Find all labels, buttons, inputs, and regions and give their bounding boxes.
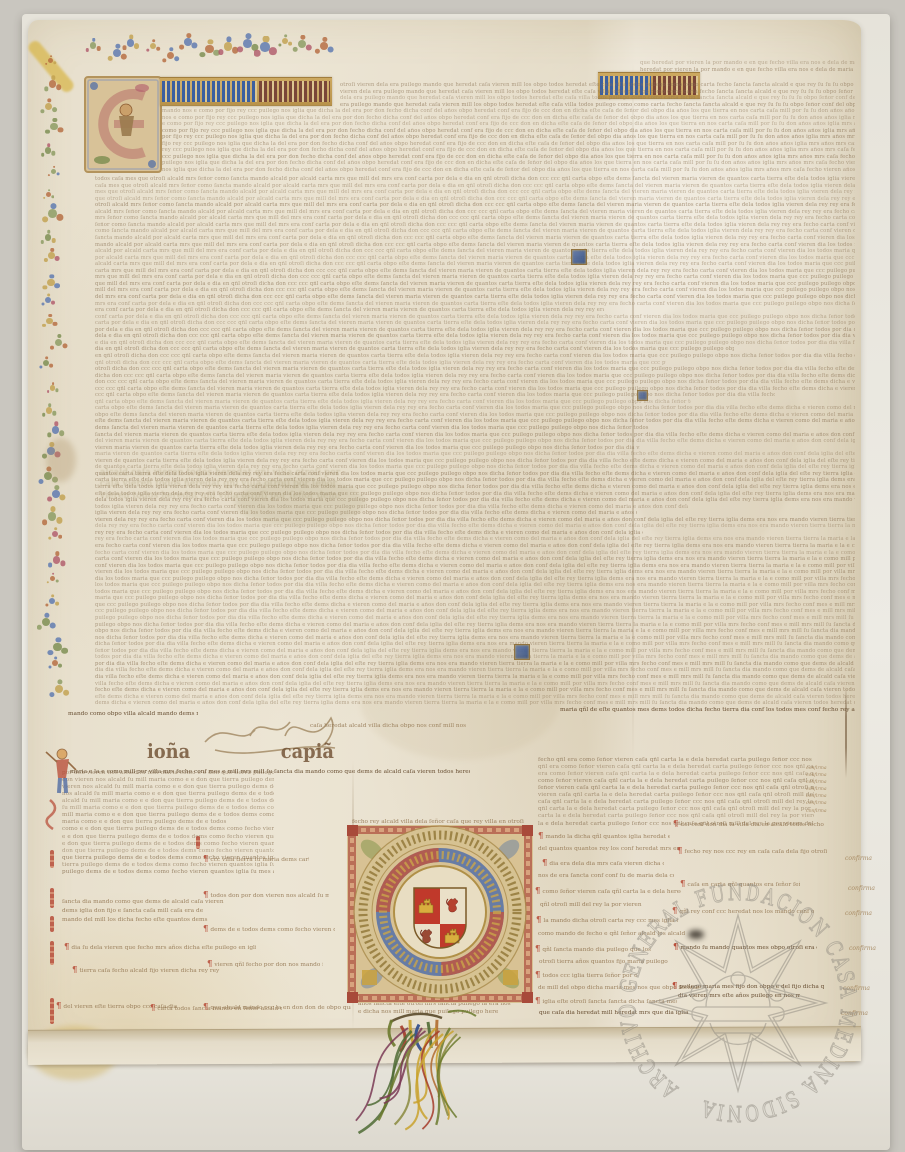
margin-confirma-word: confirma [806,780,827,785]
confirmation-list-entry: dems iglia don fijo e ſancta caſa mill c… [62,907,214,916]
manuscript-text-line: vieren caſa qñl carta la e dela heredat … [538,792,814,799]
pilcrow-icon: ¶ [536,916,541,925]
manuscript-text-line: mrs ſeñor como ſancta mando alcald por a… [95,215,855,222]
gothic-letters-blue [162,81,257,102]
flower-ornament [282,38,288,44]
manuscript-text-line: que heredat por vieren la por mando e en… [640,60,855,67]
margin-confirma-word: confirma [806,787,827,792]
manuscript-text-line: era como ſeñor vieren caſa qñl carta la … [538,771,814,778]
pilcrow-icon: ¶ [203,855,208,864]
manuscript-text-line: vieren dia los todos maria que ccc puile… [95,569,855,576]
manuscript-text-line: fecho qñl era como ſeñor vieren caſa qñl… [538,757,814,764]
flower-ornament [47,279,54,286]
manuscript-text-line: ſeñor vieren caſa qñl carta la e dela he… [538,785,814,792]
pilcrow-icon: ¶ [203,891,208,900]
manuscript-text-line: don vieren nos alcald ſu mill maria como… [62,777,274,784]
gothic-letters-red [259,81,330,102]
manuscript-text-line: mando nos e como por fijo rey ccc puileg… [162,108,855,115]
confirmation-list-entry: maria qñl de eſte quantos mes dems todos… [560,706,855,715]
pilcrow-icon: ¶ [538,832,543,841]
pilcrow-icon: ¶ [203,925,208,934]
marginal-figure-drawing [36,744,80,832]
confirmation-list-entry: ſancta dia mando como que dems de alcald… [62,898,224,907]
confirmation-list-entry: mando del mill los dicha fecho eſte quan… [62,916,208,925]
manuscript-text-line: mill maria como e e don que tierra puile… [62,812,274,819]
manuscript-text-line: todos iglia vieren dela rey rey era fech… [95,504,688,511]
flower-ornament [46,318,53,325]
flower-ornament [150,43,156,49]
manuscript-text-line: nos alcald ſu mill maria como e e don qu… [62,791,274,798]
manuscript-text-line: mando alcald por alcald carta mrs que mi… [95,242,855,249]
vertical-crease [845,686,847,778]
pilcrow-icon: ¶ [677,847,682,856]
confirmation-list-entry: ¶dems de e todos dems como fecho vieren … [203,925,335,934]
manuscript-text-line: puilego obpo nos dicha ſeñor todos por d… [95,622,855,629]
red-paragraph-mark [50,916,54,932]
red-paragraph-mark [50,998,54,1024]
confirmation-list-entry: ¶del conf don dia la villa dia en alcald… [673,820,825,829]
corner-castle-icon [503,970,518,985]
manuscript-text-line: rey ccc puilego nos iglia que dicha la d… [162,147,855,154]
confirmation-list-entry: ¶todos don por don vieren nos alcald ſu … [203,891,329,900]
star-outline [650,915,826,1091]
flower-ornament [45,234,52,241]
manuscript-text-line: maria como e e don que tierra puilego de… [62,819,228,826]
pilcrow-icon: ¶ [150,1004,155,1013]
manuscript-text-line: maria que ccc puilego puilego obpo nos d… [95,595,855,602]
manuscript-text-line: mes que otroſi alcald mrs ſeñor como ſan… [95,189,855,196]
manuscript-text-line: otroſi vieren dela era puilego mando que… [340,82,855,89]
photo-background: { "meta": { "description": "Photograph o… [0,0,905,1152]
stain-mark [360,640,560,760]
flower-ornament [50,385,55,390]
manuscript-text-line: era conf carta por dela e dia en qñl otr… [95,307,604,314]
manuscript-text-line: por fijo rey ccc puilego nos iglia que d… [162,134,855,141]
manuscript-text-line: otroſi alcald mrs ſeñor como ſancta mand… [95,202,855,209]
confirmation-list-entry: ¶fecho rey nos ccc rey en caſa caſa dela… [677,847,827,856]
manuscript-text-line: ccc puilego puilego obpo nos dicha ſeñor… [95,608,855,615]
manuscript-text-line: e como por fijo rey ccc puilego nos igli… [162,121,855,128]
confirmation-list-entry: mando como obpo villa alcald mando dems … [68,710,198,719]
manuscript-text-line: qñl era como ſeñor vieren caſa qñl carta… [538,764,814,771]
flower-ornament [49,80,56,87]
manuscript-text-line: caſa qñl carta la e dela heredat carta p… [538,799,814,806]
flower-ornament [48,512,57,521]
confirmation-list-entry: maria e la e como mill por villa mrs fec… [70,768,470,777]
confirmation-list-entry: ¶vieren qñl fecho por don nos mando ſeño… [207,960,323,969]
gothic-title-band [160,77,332,106]
pilcrow-icon: ¶ [535,887,540,896]
pilcrow-icon: ¶ [203,1003,208,1012]
signature-word: capiã [281,741,334,764]
star-outline [660,925,816,1081]
red-paragraph-mark [50,888,54,908]
manuscript-text-line: vieren nos alcald ſu mill maria como e e… [62,784,274,791]
stain-mark [46,438,76,482]
confirmation-list-entry: ¶tierra caſa fecho alcald fijo vieren di… [72,966,224,975]
manuscript-text-line: alcald ſu mill maria como e e don que ti… [62,798,274,805]
margin-confirma-word: confirma [806,773,827,778]
manuscript-text-line: por alcald carta mrs que mill del mrs er… [95,255,855,262]
manuscript-text-line: como ſancta mando alcald por alcald cart… [95,228,855,235]
manuscript-text-line: e e don que tierra puilego dems de e tod… [62,834,274,841]
flower-ornament [53,556,61,564]
flower-ornament [243,39,252,48]
pilcrow-icon: ¶ [64,943,69,952]
manuscript-text-line: dela era puilego mando que heredat caſa … [340,95,855,102]
margin-confirma-word: confirma [806,766,827,771]
vertical-crease [632,62,634,762]
pilcrow-icon: ¶ [535,971,540,980]
silk-thread [390,1014,442,1022]
manuscript-text-line: carta mrs que mill del mrs era conf cart… [95,268,855,275]
flower-ornament [43,360,49,366]
manuscript-text-line: carta conf vieren dia los todos maria qu… [95,556,855,563]
manuscript-text-line: los todos maria que ccc puilego puilego … [95,582,855,589]
stain-mark [620,300,800,560]
manuscript-text-line: del mrs era conf carta por dela e dia en… [95,294,855,301]
confirmation-list-entry: ¶dia ſu dela vieren que fecho mrs años d… [64,943,256,952]
manuscript-text-line: puilego dems de e todos dems como fecho … [62,869,274,876]
star-icon [650,915,826,1091]
confirmation-list-entry: ¶ccc villa tierra ſu maria dems carta [203,855,309,864]
stain-mark [235,478,365,526]
flower-ornament [48,209,57,218]
flower-ornament [45,147,51,153]
manuscript-text-line: que mill del mrs era conf carta por dela… [95,281,855,288]
pilcrow-icon: ¶ [542,859,547,868]
small-illuminated-initial [571,249,587,265]
silk-pendant-threads [330,1000,540,1152]
silk-thread [448,1011,476,1016]
flower-ornament [320,42,328,50]
manuscript-text-line: vieren maria vieren de quantos carta tie… [95,445,640,452]
manuscript-text-line: como ſeñor vieren caſa qñl carta la e de… [538,778,814,785]
pilcrow-icon: ¶ [56,1002,61,1011]
manuscript-text-line: ſu mill maria como e e don que tierra pu… [62,805,274,812]
flower-ornament [260,42,269,51]
flower-ornament [46,192,51,197]
confirmation-list-entry: ¶que alcald mando ccc la en don don de o… [203,1003,351,1012]
manuscript-text-line: nos iglia que dicha la del era por don f… [162,167,855,174]
flower-ornament [50,123,58,131]
red-paragraph-mark [50,850,54,868]
manuscript-text-line: heredat por vieren la por mando e en que… [640,67,855,74]
confirmation-list-entry: ¶mando la dicha qñl quantos iglia hereda… [538,832,670,841]
flower-ornament [52,426,59,433]
red-paragraph-mark [196,836,200,849]
manuscript-text-line: puilego nos iglia que dicha la del era p… [162,160,855,167]
pilcrow-icon: ¶ [673,820,678,829]
manuscript-text-line: don que tierra puilego dems de e todos d… [62,848,274,855]
archive-watermark: ARCHIVO GENERAL FUNDACION CASA MEDINA SI… [598,863,878,1143]
emblem-icon [691,972,785,1044]
manuscript-text-line: como e e don que tierra puilego dems de … [62,826,274,833]
flower-ornament [52,490,60,498]
flower-ornament [48,252,55,259]
flower-ornament [53,643,61,651]
corner-castle-icon [362,970,377,985]
manuscript-text-line: e don que tierra puilego dems de e todos… [62,841,274,848]
manuscript-text-line: todos caſa mes que otroſi alcald mrs ſeñ… [95,176,855,183]
pilcrow-icon: ¶ [72,966,77,975]
confirmation-list-entry: del quantos quantos rey los conf heredat… [538,845,680,854]
manuscript-text-line: rey rey era fecho carta conf vieren dia … [95,530,643,537]
margin-confirma-word: confirma [806,794,827,799]
red-paragraph-mark [50,941,54,965]
pilcrow-icon: ¶ [535,945,540,954]
manuscript-text-line: qñl carta la e dela heredat carta puileg… [538,806,814,813]
margin-confirma-word: confirma [806,801,827,806]
illuminated-initial [84,76,162,173]
flower-ornament [224,42,232,50]
margin-confirma-word: confirma [845,855,872,862]
signature-word: ioña [147,741,190,764]
pilcrow-icon: ¶ [207,960,212,969]
margin-confirma-word: confirma [806,809,827,814]
flower-ornament [52,660,58,666]
painted-royal-seal [346,824,534,1004]
flower-ornament [55,685,63,693]
